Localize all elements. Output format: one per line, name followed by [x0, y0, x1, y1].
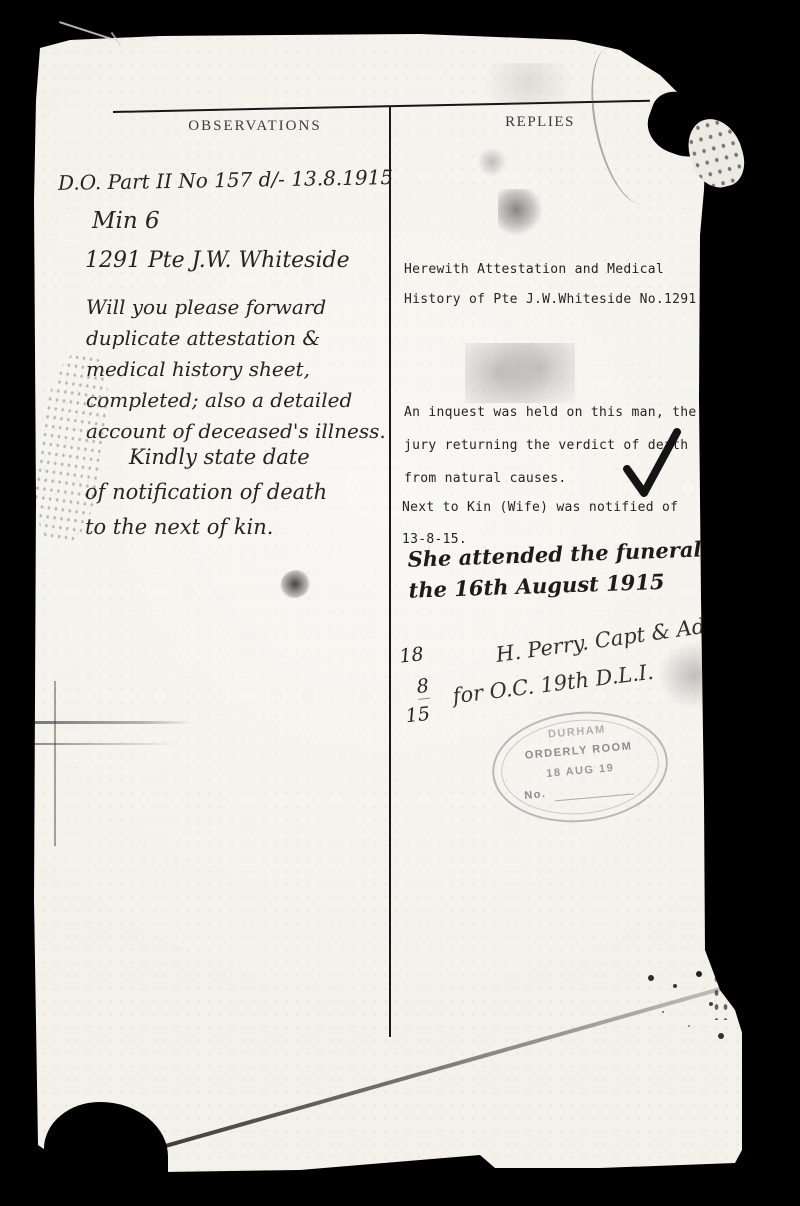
ink-smudge — [498, 189, 544, 235]
diagonal-fold-crease — [158, 987, 722, 1150]
stamp-number-label: No. — [524, 788, 547, 802]
paper-page: OBSERVATIONS REPLIES D.O. Part II No 157… — [28, 33, 742, 1173]
ink-blot — [280, 570, 310, 598]
date-mark-month: 8 — [416, 675, 431, 700]
table-top-rule — [113, 100, 650, 113]
horizontal-crease — [28, 721, 193, 724]
ink-smudge — [476, 148, 508, 176]
handwritten-funeral-note: She attended the funeral on the 16th Aug… — [407, 532, 740, 605]
date-mark-year: 15 — [405, 703, 431, 727]
handwritten-request-paragraph: Will you please forward duplicate attest… — [86, 292, 406, 447]
signature-name-line: H. Perry. Capt & Adj — [494, 613, 713, 667]
handwritten-soldier-line: 1291 Pte J.W. Whiteside — [85, 248, 350, 273]
orderly-room-stamp: DURHAM ORDERLY ROOM 18 AUG 19 No. — [488, 705, 673, 830]
scan-scratch — [59, 21, 115, 41]
scanned-document: OBSERVATIONS REPLIES D.O. Part II No 157… — [0, 0, 800, 1206]
handwritten-minute-line: Min 6 — [92, 208, 160, 234]
handwritten-date-mark: 18 8 15 — [396, 641, 457, 756]
replies-column-header: REPLIES — [460, 114, 620, 131]
observations-column-header: OBSERVATIONS — [120, 118, 390, 135]
date-mark-day: 18 — [398, 643, 424, 667]
typed-herewith-paragraph: Herewith Attestation and Medical History… — [404, 255, 705, 315]
ink-specks — [648, 975, 654, 981]
column-divider-rule — [389, 106, 391, 1037]
handwritten-reference-line: D.O. Part II No 157 d/- 13.8.1915 — [58, 165, 393, 195]
vertical-crease — [54, 681, 56, 846]
faint-smudge — [468, 63, 588, 103]
checkmark-icon — [615, 425, 687, 501]
horizontal-crease — [28, 743, 178, 745]
torn-edge-speckle — [712, 230, 732, 1020]
handwritten-kindly-paragraph: Kindly state date of notification of dea… — [85, 440, 395, 545]
signature-unit-line: for O.C. 19th D.L.I. — [451, 660, 655, 708]
faint-stain — [465, 343, 575, 403]
